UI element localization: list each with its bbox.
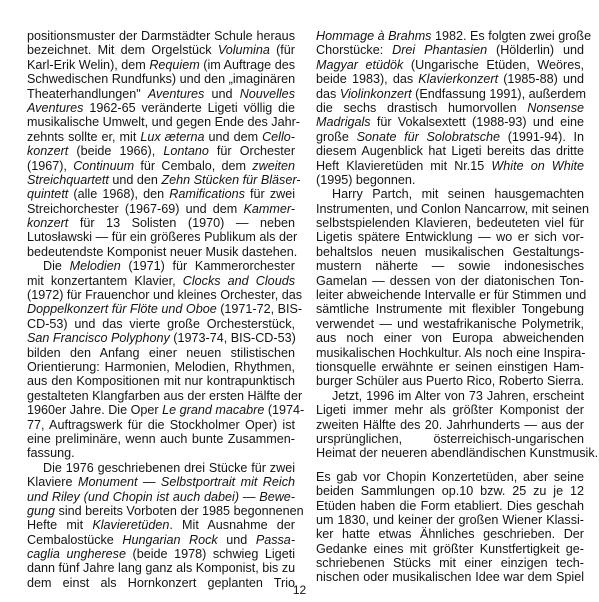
text-line: 1960er Jahre. Die Oper Le grand macabre …: [27, 403, 295, 417]
text-line: Die Melodien (1971) für Kammerorchester: [27, 259, 295, 273]
text-line: Es gab vor Chopin Konzertetüden, aber se…: [316, 470, 584, 484]
body-text: mustern näherte — sowie indonesisches: [316, 259, 584, 273]
italic-title-text: Clocks and Clouds: [183, 274, 295, 288]
body-text: Es gab vor Chopin Konzertetüden, aber se…: [316, 470, 584, 484]
body-text: Karl-Erik Welin), dem: [27, 58, 149, 72]
text-line: fassung.: [27, 446, 295, 460]
italic-title-text: konzert: [27, 144, 68, 158]
text-line: Die 1976 geschriebenen drei Stücke für z…: [27, 461, 295, 475]
body-text: leiter abweichende Intervalle er für Sti…: [316, 288, 586, 302]
text-line: Jetzt, 1996 im Alter von 73 Jahren, ersc…: [316, 389, 584, 403]
italic-title-text: White on White: [491, 159, 584, 173]
text-line: konzert (beide 1966), Lontano für Orches…: [27, 144, 295, 158]
text-line: ursprünglichen, österreichisch-ungarisch…: [316, 432, 584, 446]
text-line: Klaviere Monument — Selbstportrait mit R…: [27, 475, 295, 489]
text-line: Ligeti immer mehr als größter Komponist …: [316, 403, 584, 417]
body-text: positionsmuster der Darmstädter Schule h…: [27, 29, 295, 43]
body-text: behaltslos neuen musikalischen Gestaltun…: [316, 245, 584, 259]
text-line: beiden Sammlungen op.10 bzw. 25 zu je 12: [316, 484, 584, 498]
italic-title-text: Passa-: [256, 533, 295, 547]
body-text: (1974-: [264, 403, 304, 417]
italic-title-text: Aventures: [148, 87, 204, 101]
body-text: Gedanke eines mit größter Kunstfertigkei…: [316, 542, 584, 556]
text-line: verwendet — und westafrikanische Polymet…: [316, 317, 584, 331]
italic-title-text: Magyar etüdök: [316, 58, 403, 72]
italic-title-text: Klavierkonzert: [418, 72, 498, 86]
body-text: (1972) für Frauenchor und kleines Orches…: [27, 288, 302, 302]
text-line: bedeutendste Komponist neuer Musik daste…: [27, 245, 295, 259]
body-text: aus den Kompositionen mit nur kontrapunk…: [27, 374, 295, 388]
body-text: für 13 Solisten (1970) — neben: [68, 216, 295, 230]
italic-title-text: und Riley (und Chopin ist auch dabei) — …: [27, 490, 295, 504]
text-line: und Riley (und Chopin ist auch dabei) — …: [27, 490, 295, 504]
text-line: behaltslos neuen musikalischen Gestaltun…: [316, 245, 584, 259]
italic-title-text: Melodien: [70, 259, 121, 273]
body-text: Die: [43, 259, 70, 273]
body-text: bedeutendste Komponist neuer Musik daste…: [27, 245, 297, 259]
text-line: das Violinkonzert (Endfassung 1991), auß…: [316, 87, 584, 101]
italic-title-text: Le grand macabre: [162, 403, 264, 417]
italic-title-text: Drei Phantasien: [392, 43, 487, 57]
italic-title-text: Streichquartett: [27, 173, 109, 187]
text-line: diesem Augenblick hat Ligeti bereits das…: [316, 144, 584, 158]
text-line: Gamelan — dessen von der diatonischen To…: [316, 274, 584, 288]
italic-title-text: caglia ungherese: [27, 547, 126, 561]
text-line: Ligetis spätere Entwicklung — wo er sich…: [316, 230, 584, 244]
italic-title-text: San Francisco Polyphony: [27, 331, 170, 345]
text-line: caglia ungherese (beide 1978) schwieg Li…: [27, 547, 295, 561]
italic-title-text: zweiten: [252, 159, 295, 173]
italic-title-text: Continuum: [73, 159, 134, 173]
text-line: tionsquelle erwähnte er seinen einstigen…: [316, 360, 584, 374]
body-text: tionsquelle erwähnte er seinen einstigen…: [316, 360, 584, 374]
body-text: (1973-74, BIS-CD-53): [170, 331, 296, 345]
italic-title-text: Violinkonzert: [340, 87, 412, 101]
body-text: für Cembalo, dem: [134, 159, 252, 173]
italic-title-text: Lontano: [163, 144, 209, 158]
body-text: ursprünglichen, österreichisch-ungarisch…: [316, 432, 584, 446]
body-text: 77, Auftragswerk für die Stockholmer Ope…: [27, 418, 295, 432]
text-line: Chorstücke: Drei Phantasien (Hölderlin) …: [316, 43, 584, 57]
text-line: Streichorchester (1967-69) und dem Kamme…: [27, 202, 295, 216]
text-line: 77, Auftragswerk für die Stockholmer Ope…: [27, 418, 295, 432]
text-line: konzert für 13 Solisten (1970) — neben: [27, 216, 295, 230]
right-text-column: Hommage à Brahms 1982. Es folgten zwei g…: [316, 29, 584, 585]
text-line: Magyar etüdök (Ungarische Etüden, Weöres…: [316, 58, 584, 72]
body-text: zehnts sollte er, mit: [27, 130, 140, 144]
text-line: selbstspielenden Klavieren, bedeuteten v…: [316, 216, 584, 230]
text-line: Cembalostücke Hungarian Rock und Passa-: [27, 533, 295, 547]
italic-title-text: gung: [27, 504, 55, 518]
text-line: dann fünf Jahre lang ganz als Komponist,…: [27, 561, 295, 575]
italic-title-text: Kammer-: [243, 202, 295, 216]
body-text: Orientierung: Harmonien, Melodien, Rhyth…: [27, 360, 295, 374]
text-line: leiter abweichende Intervalle er für Sti…: [316, 288, 584, 302]
body-text: um 1830, und keiner der großen Wiener Kl…: [316, 513, 584, 527]
body-text: für Vokalsextett (1988-93) und eine: [371, 115, 584, 129]
body-text: Instrumenten, und Conlon Nancarrow, mit …: [316, 202, 589, 216]
body-text: (beide 1978) schwieg Ligeti: [126, 547, 295, 561]
text-line: eine preliminäre, wenn auch bunte Zusamm…: [27, 432, 295, 446]
left-text-column: positionsmuster der Darmstädter Schule h…: [27, 29, 295, 590]
body-text: Hefte mit: [27, 518, 92, 532]
text-line: mustern näherte — sowie indonesisches: [316, 259, 584, 273]
italic-title-text: Monument — Selbstportrait mit Reich: [78, 475, 295, 489]
text-line: die sechs drastisch humorvollen Nonsense: [316, 101, 584, 115]
italic-title-text: Requiem: [149, 58, 199, 72]
body-text: Chorstücke:: [316, 43, 392, 57]
italic-title-text: konzert: [27, 216, 68, 230]
body-text: fassung.: [27, 446, 75, 460]
body-text: zweiten Hälfte des 20. Jahrhunderts — au…: [316, 418, 584, 432]
text-line: Harry Partch, mit seinen hausgemachten: [316, 187, 584, 201]
text-line: positionsmuster der Darmstädter Schule h…: [27, 29, 295, 43]
text-line: ker hatte etwas Ähnliches geschrieben. D…: [316, 527, 584, 541]
text-line: gung sind bereits Vorboten der 1985 bego…: [27, 504, 295, 518]
body-text: dann fünf Jahre lang ganz als Komponist,…: [27, 561, 295, 575]
body-text: aus noch einer von Europa abweichenden: [316, 331, 584, 345]
body-text: Gamelan — dessen von der diatonischen To…: [316, 274, 584, 288]
body-text: Cembalostücke: [27, 533, 122, 547]
body-text: bilden den Anfang einer neuen stilistisc…: [27, 346, 295, 360]
text-line: beide 1983), das Klavierkonzert (1985-88…: [316, 72, 584, 86]
body-text: eine preliminäre, wenn auch bunte Zusamm…: [27, 432, 295, 446]
text-line: Madrigals für Vokalsextett (1988-93) und…: [316, 115, 584, 129]
italic-title-text: Nonsense: [527, 101, 584, 115]
italic-title-text: Zehn Stücken für Bläser-: [161, 173, 300, 187]
text-line: Streichquartett und den Zehn Stücken für…: [27, 173, 295, 187]
body-text: (1971) für Kammerorchester: [121, 259, 295, 273]
body-text: Etüden haben die Form etabliert. Dies ge…: [316, 499, 584, 513]
body-text: gestalteten Klangfarben aus der ersten H…: [27, 389, 302, 403]
text-line: bilden den Anfang einer neuen stilistisc…: [27, 346, 295, 360]
text-line: San Francisco Polyphony (1973-74, BIS-CD…: [27, 331, 295, 345]
text-line: Schwedischen Rundfunks) und den „imaginä…: [27, 72, 295, 86]
text-line: mit konzertantem Klavier, Clocks and Clo…: [27, 274, 295, 288]
body-text: 1962-65 veränderte Ligeti völlig die: [83, 101, 295, 115]
body-text: Heft Klavieretüden mit Nr.15: [316, 159, 491, 173]
body-text: Klaviere: [27, 475, 78, 489]
text-line: Hefte mit Klavieretüden. Mit Ausnahme de…: [27, 518, 295, 532]
text-line: zweiten Hälfte des 20. Jahrhunderts — au…: [316, 418, 584, 432]
italic-title-text: Nouvelles: [240, 87, 295, 101]
italic-title-text: quintett: [27, 187, 68, 201]
body-text: schriebenen Stücks mit einer einzigen te…: [316, 556, 584, 570]
italic-title-text: Hommage à Brahms: [316, 29, 431, 43]
body-text: Jetzt, 1996 im Alter von 73 Jahren, ersc…: [332, 389, 584, 403]
body-text: Lutosławski — für ein größeres Publikum …: [27, 230, 297, 244]
body-text: Ligeti immer mehr als größter Komponist …: [316, 403, 584, 417]
body-text: große: [316, 130, 357, 144]
text-line: große Sonate für Solobratsche (1991-94).…: [316, 130, 584, 144]
text-line: burger Schüler aus Puerto Rico, Roberto …: [316, 374, 584, 388]
body-text: für zwei: [245, 187, 295, 201]
body-text: das: [316, 87, 340, 101]
text-line: Orientierung: Harmonien, Melodien, Rhyth…: [27, 360, 295, 374]
italic-title-text: Hungarian Rock: [122, 533, 217, 547]
text-line: (1995) begonnen.: [316, 173, 584, 187]
italic-title-text: Cello-: [262, 130, 295, 144]
body-text: (im Auftrage des: [200, 58, 295, 72]
body-text: (beide 1966),: [68, 144, 163, 158]
text-line: Doppelkonzert für Flöte und Oboe (1971-7…: [27, 302, 295, 316]
text-line: Karl-Erik Welin), dem Requiem (im Auftra…: [27, 58, 295, 72]
body-text: . Mit Ausnahme der: [169, 518, 295, 532]
body-text: sämtliche Instrumente mit flexibler Tong…: [316, 302, 584, 316]
text-line: Hommage à Brahms 1982. Es folgten zwei g…: [316, 29, 584, 43]
page-number: 12: [0, 583, 599, 597]
text-line: Gedanke eines mit größter Kunstfertigkei…: [316, 542, 584, 556]
body-text: (1971-72, BIS-: [217, 302, 302, 316]
italic-title-text: Volumina: [218, 43, 270, 57]
document-page: positionsmuster der Darmstädter Schule h…: [0, 0, 599, 602]
body-text: Harry Partch, mit seinen hausgemachten: [332, 187, 584, 201]
body-text: (1995) begonnen.: [316, 173, 415, 187]
body-text: Theaterhandlungen": [27, 87, 148, 101]
body-text: ker hatte etwas Ähnliches geschrieben. D…: [316, 527, 584, 541]
italic-title-text: Ramifications: [169, 187, 245, 201]
body-text: (Endfassung 1991), außerdem: [412, 87, 586, 101]
text-line: musikalischen Hochkultur. Als noch eine …: [316, 346, 584, 360]
body-text: (Hölderlin) und: [487, 43, 584, 57]
text-line: Lutosławski — für ein größeres Publikum …: [27, 230, 295, 244]
text-line: Heimat der neueren abendländischen Kunst…: [316, 446, 584, 460]
text-line: Heft Klavieretüden mit Nr.15 White on Wh…: [316, 159, 584, 173]
body-text: 1982. Es folgten zwei große: [431, 29, 591, 43]
body-text: bezeichnet. Mit dem Orgelstück: [27, 43, 218, 57]
text-line: um 1830, und keiner der großen Wiener Kl…: [316, 513, 584, 527]
body-text: für Orchester: [209, 144, 295, 158]
body-text: musikalische Umwelt, und gegen Ende des …: [27, 115, 300, 129]
body-text: und: [218, 533, 256, 547]
text-line: (1972) für Frauenchor und kleines Orches…: [27, 288, 295, 302]
body-text: (alle 1968), den: [68, 187, 169, 201]
italic-title-text: Madrigals: [316, 115, 371, 129]
italic-title-text: Lux æterna: [140, 130, 204, 144]
body-text: und: [204, 87, 239, 101]
body-text: sind bereits Vorboten der 1985 begonnene…: [55, 504, 304, 518]
text-line: Etüden haben die Form etabliert. Dies ge…: [316, 499, 584, 513]
text-line: sämtliche Instrumente mit flexibler Tong…: [316, 302, 584, 316]
text-line: aus noch einer von Europa abweichenden: [316, 331, 584, 345]
text-line: zehnts sollte er, mit Lux æterna und dem…: [27, 130, 295, 144]
text-line: CD-53) und das vierte große Orchesterstü…: [27, 317, 295, 331]
body-text: Ligetis spätere Entwicklung — wo er sich…: [316, 230, 584, 244]
body-text: Schwedischen Rundfunks) und den „imaginä…: [27, 72, 295, 86]
body-text: musikalischen Hochkultur. Als noch eine …: [316, 346, 586, 360]
body-text: beiden Sammlungen op.10 bzw. 25 zu je 12: [316, 484, 584, 498]
text-line: bezeichnet. Mit dem Orgelstück Volumina …: [27, 43, 295, 57]
text-line: gestalteten Klangfarben aus der ersten H…: [27, 389, 295, 403]
text-line: (1967), Continuum für Cembalo, dem zweit…: [27, 159, 295, 173]
text-line: Theaterhandlungen" Aventures und Nouvell…: [27, 87, 295, 101]
body-text: 1960er Jahre. Die Oper: [27, 403, 162, 417]
text-line: aus den Kompositionen mit nur kontrapunk…: [27, 374, 295, 388]
italic-title-text: Sonate für Solobratsche: [357, 130, 500, 144]
italic-title-text: Doppelkonzert für Flöte und Oboe: [27, 302, 217, 316]
body-text: CD-53) und das vierte große Orchesterstü…: [27, 317, 295, 331]
body-text: verwendet — und westafrikanische Polymet…: [316, 317, 584, 331]
body-text: beide 1983), das: [316, 72, 418, 86]
body-text: die sechs drastisch humorvollen: [316, 101, 527, 115]
body-text: (1967),: [27, 159, 73, 173]
body-text: Heimat der neueren abendländischen Kunst…: [316, 446, 598, 460]
body-text: (Ungarische Etüden, Weöres,: [403, 58, 584, 72]
paragraph-gap: [316, 461, 584, 470]
text-line: musikalische Umwelt, und gegen Ende des …: [27, 115, 295, 129]
body-text: (1985-88) und: [498, 72, 584, 86]
body-text: und dem: [205, 130, 263, 144]
body-text: (1991-94). In: [500, 130, 584, 144]
text-line: Aventures 1962-65 veränderte Ligeti völl…: [27, 101, 295, 115]
italic-title-text: Aventures: [27, 101, 83, 115]
italic-title-text: Klavieretüden: [92, 518, 169, 532]
body-text: diesem Augenblick hat Ligeti bereits das…: [316, 144, 584, 158]
body-text: (für: [270, 43, 295, 57]
body-text: und den: [109, 173, 162, 187]
body-text: Die 1976 geschriebenen drei Stücke für z…: [43, 461, 295, 475]
text-line: quintett (alle 1968), den Ramifications …: [27, 187, 295, 201]
body-text: burger Schüler aus Puerto Rico, Roberto …: [316, 374, 584, 388]
body-text: Streichorchester (1967-69) und dem: [27, 202, 243, 216]
text-line: schriebenen Stücks mit einer einzigen te…: [316, 556, 584, 570]
body-text: selbstspielenden Klavieren, bedeuteten v…: [316, 216, 584, 230]
text-line: Instrumenten, und Conlon Nancarrow, mit …: [316, 202, 584, 216]
body-text: mit konzertantem Klavier,: [27, 274, 183, 288]
